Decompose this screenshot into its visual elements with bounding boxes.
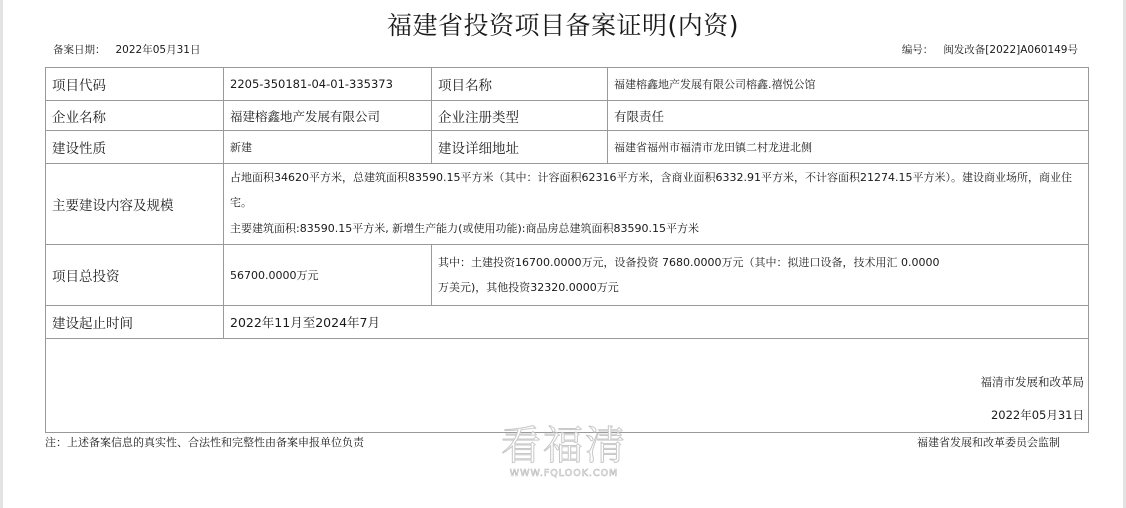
watermark: 看福清 WWW.FQLOOK.COM <box>494 424 634 480</box>
construction-nature-label: 建设性质 <box>46 131 224 164</box>
watermark-text: 看福清 <box>494 424 634 468</box>
document-number: 编号：闽发改备[2022]A060149号 <box>902 42 1078 57</box>
table-row: 福清市发展和改革局 2022年05月31日 <box>46 339 1089 433</box>
investment-breakdown-line-1: 其中：土建投资16700.0000万元，设备投资 7680.0000万元（其中：… <box>438 250 1082 275</box>
table-row: 主要建设内容及规模 占地面积34620平方米，总建筑面积83590.15平方米（… <box>46 164 1089 245</box>
document-title: 福建省投资项目备案证明(内资) <box>0 6 1126 42</box>
watermark-url: WWW.FQLOOK.COM <box>494 468 634 480</box>
filing-date: 备案日期：2022年05月31日 <box>53 42 210 57</box>
investment-breakdown-line-2: 万美元)，其他投资32320.0000万元 <box>438 275 1082 300</box>
registration-type-label: 企业注册类型 <box>432 101 608 131</box>
scope-value: 占地面积34620平方米，总建筑面积83590.15平方米（其中：计容面积623… <box>224 164 1089 245</box>
footer-note: 注：上述备案信息的真实性、合法性和完整性由备案申报单位负责 <box>45 434 364 450</box>
company-name-value: 福建榕鑫地产发展有限公司 <box>224 101 432 131</box>
project-name-label: 项目名称 <box>432 68 608 101</box>
scope-line-1: 占地面积34620平方米，总建筑面积83590.15平方米（其中：计容面积623… <box>230 165 1082 215</box>
table-row: 建设性质 新建 建设详细地址 福建省福州市福清市龙田镇二村龙进北侧 <box>46 131 1089 164</box>
construction-nature-value: 新建 <box>224 131 432 164</box>
total-investment-value: 56700.0000万元 <box>224 245 432 306</box>
table-row: 项目总投资 56700.0000万元 其中：土建投资16700.0000万元，设… <box>46 245 1089 306</box>
project-code-label: 项目代码 <box>46 68 224 101</box>
table-row: 项目代码 2205-350181-04-01-335373 项目名称 福建榕鑫地… <box>46 68 1089 101</box>
total-investment-label: 项目总投资 <box>46 245 224 306</box>
project-name-value: 福建榕鑫地产发展有限公司榕鑫.禧悦公馆 <box>608 68 1089 101</box>
record-table: 项目代码 2205-350181-04-01-335373 项目名称 福建榕鑫地… <box>45 67 1089 433</box>
issuer-block: 福清市发展和改革局 2022年05月31日 <box>46 339 1089 433</box>
project-code-value: 2205-350181-04-01-335373 <box>224 68 432 101</box>
investment-breakdown: 其中：土建投资16700.0000万元，设备投资 7680.0000万元（其中：… <box>432 245 1089 306</box>
footer-supervisor: 福建省发展和改革委员会监制 <box>917 434 1060 450</box>
company-name-label: 企业名称 <box>46 101 224 131</box>
document-number-label: 编号： <box>902 44 934 56</box>
scope-line-2: 主要建筑面积:83590.15平方米, 新增生产能力(或使用功能):商品房总建筑… <box>230 215 1082 243</box>
filing-date-label: 备案日期： <box>53 44 106 56</box>
construction-period-label: 建设起止时间 <box>46 306 224 339</box>
issuer-authority: 福清市发展和改革局 <box>52 366 1084 399</box>
table-row: 企业名称 福建榕鑫地产发展有限公司 企业注册类型 有限责任 <box>46 101 1089 131</box>
construction-period-value: 2022年11月至2024年7月 <box>224 306 1089 339</box>
filing-date-value: 2022年05月31日 <box>116 44 201 56</box>
construction-address-value: 福建省福州市福清市龙田镇二村龙进北侧 <box>608 131 1089 164</box>
table-row: 建设起止时间 2022年11月至2024年7月 <box>46 306 1089 339</box>
scope-label: 主要建设内容及规模 <box>46 164 224 245</box>
document-number-value: 闽发改备[2022]A060149号 <box>943 44 1078 56</box>
construction-address-label: 建设详细地址 <box>432 131 608 164</box>
page-edge-left <box>0 0 3 508</box>
registration-type-value: 有限责任 <box>608 101 1089 131</box>
